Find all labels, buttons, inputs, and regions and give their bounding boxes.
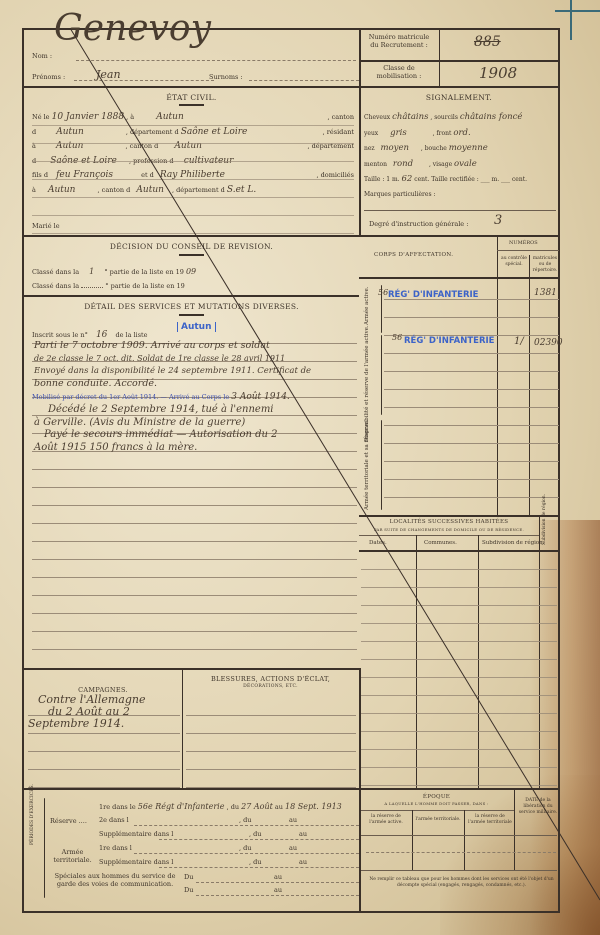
mobilise-line: Mobilisé par décret du 1er Août 1914. — …	[32, 392, 290, 402]
nom-label: Nom :	[32, 52, 52, 60]
prenoms-label: Prénoms :	[32, 73, 65, 81]
taille-value: 62	[402, 174, 413, 184]
marques-label: Marques particulières :	[364, 191, 436, 198]
territoriale-label: Armée territoriale.	[50, 848, 95, 864]
entry-2-num: 56	[392, 333, 402, 342]
service-line: de 2e classe le 7 oct. dit. Soldat de 1r…	[34, 353, 359, 366]
front-label: , front	[433, 130, 452, 137]
au-label: au	[299, 830, 307, 838]
pencil-mark	[570, 0, 572, 40]
campagne-line: Septembre 1914.	[28, 718, 180, 730]
group-territoriale: Armée territoriale et sa réserve.	[364, 420, 370, 510]
epoque-col3: la réserve de l'armée territoriale	[466, 814, 514, 826]
menton-label: menton	[364, 161, 387, 168]
terr-supp-label: Supplémentaire dans l	[99, 858, 173, 866]
classe-line2-suffix: ° partie de la liste en 19	[105, 282, 185, 290]
epoque-subtitle: A LAQUELLE L'HOMME DOIT PASSER, DANS :	[359, 801, 514, 806]
reserve-2-label: 2e dans l	[99, 816, 129, 824]
cheveux-label: Cheveux	[364, 114, 390, 121]
service-line: Décédé le 2 Septembre 1914, tué à l'enne…	[34, 404, 359, 417]
surnoms-label: Surnoms :	[209, 73, 243, 81]
bouche-label: , bouche	[421, 145, 447, 152]
terr-1-line: 1re dans l	[99, 844, 132, 852]
register-card: Genevoy Nom : Prénoms : Jean Surnoms : N…	[22, 28, 560, 913]
bouche-value: moyenne	[449, 143, 488, 153]
classe-line2-label: Classé dans la	[32, 282, 79, 290]
classe-line1-partie: 1	[89, 267, 94, 276]
epoque-col1: la réserve de l'armée active.	[362, 814, 410, 826]
reserve-2-line: 2e dans l	[99, 816, 129, 824]
du-label: , du	[239, 816, 251, 824]
reserve-1-du: , du	[227, 803, 239, 811]
front-value: ord.	[453, 128, 470, 138]
reserve-1-au: au	[275, 803, 283, 811]
sourcils-value: châtains foncé	[460, 112, 523, 122]
classe-line1-year: 09	[186, 267, 196, 276]
signalement-block: Cheveux châtains , sourcils châtains fon…	[364, 110, 556, 202]
degre-value: 3	[494, 213, 502, 228]
du-label: , du	[249, 830, 261, 838]
corps-header: CORPS D'AFFECTATION.	[374, 252, 453, 258]
signalement-title: SIGNALEMENT.	[359, 93, 559, 102]
classe-line2: Classé dans la ° partie de la liste en 1…	[32, 282, 185, 290]
au-label: au	[299, 858, 307, 866]
service-line: Payé le secours immédiat — Autorisation …	[34, 429, 359, 442]
numero-value: 885	[474, 34, 501, 50]
au-label: au	[274, 886, 282, 894]
reserve-1-label: 1re dans le	[99, 803, 136, 811]
classe-line1: Classé dans la 1 ° partie de la liste en…	[32, 267, 196, 276]
cheveux-value: châtains	[392, 112, 428, 122]
du-label: Du	[184, 886, 193, 894]
matricule-header: matricules ou de répertoire.	[531, 256, 559, 274]
mobilise-value: 3 Août 1914.	[231, 392, 290, 402]
services-title: DÉTAIL DES SERVICES ET MUTATIONS DIVERSE…	[24, 302, 359, 311]
speciales-label: Spéciales aux hommes du service de garde…	[50, 872, 180, 888]
au-label: au	[274, 873, 282, 881]
degre-label: Degré d'instruction générale :	[369, 220, 468, 228]
yeux-label: yeux	[364, 130, 378, 137]
au-label: au	[289, 844, 297, 852]
date-liberation-title: DATE de la libération du service militai…	[517, 798, 559, 816]
reserve-1-au-value: 18 Sept. 1913	[285, 802, 342, 811]
service-line: Parti le 7 octobre 1909. Arrivé au corps…	[34, 340, 359, 353]
reserve-supp-line: Supplémentaire dans l	[99, 830, 173, 838]
du-label: , du	[239, 844, 251, 852]
periodes-side-label: PÉRIODES D'EXERCICES.	[30, 784, 35, 845]
epoque-title: ÉPOQUE	[359, 794, 514, 800]
pencil-mark	[555, 10, 600, 12]
classe-label: Classe de mobilisation :	[364, 64, 434, 80]
mobilise-label: Mobilisé par décret du 1er Août 1914. — …	[32, 393, 229, 401]
controle-header: au contrôle spécial.	[500, 256, 528, 268]
entry-1-num: 56	[378, 288, 388, 297]
localites-subtitle: PAR SUITE DE CHANGEMENTS DE DOMICILE OU …	[359, 527, 539, 532]
reserve-supp-label: Supplémentaire dans l	[99, 830, 173, 838]
entry-2-stamp: RÉG' D'INFANTERIE	[404, 336, 494, 346]
classe-line1-label: Classé dans la	[32, 268, 79, 276]
taille-unit: cent. Taille rectifiée : ___ m. ___ cent…	[414, 176, 527, 183]
sourcils-label: , sourcils	[430, 114, 458, 121]
localites-side: Subdivision de région.	[542, 494, 547, 545]
epoque-note: Ne remplir ce tableau que pour les homme…	[369, 877, 554, 889]
du-label: , du	[249, 858, 261, 866]
campagnes-text: Contre l'Allemagne du 2 Août au 2 Septem…	[28, 694, 180, 730]
group-active: Armée active.	[364, 280, 370, 325]
visage-value: ovale	[454, 159, 477, 169]
entry-1-stamp: RÉG' D'INFANTERIE	[388, 290, 478, 300]
taille-label: Taille : 1 m.	[364, 176, 400, 183]
service-line: Août 1915 150 francs à la mère.	[34, 442, 359, 455]
services-text: Parti le 7 octobre 1909. Arrivé au corps…	[34, 340, 359, 390]
localites-title: LOCALITÉS SUCCESSIVES HABITÉES	[359, 519, 539, 525]
numero-label: Numéro matricule du Recrutement :	[364, 33, 434, 49]
au-label: au	[289, 816, 297, 824]
reserve-1-value: 56e Régt d'Infanterie	[138, 802, 225, 811]
terr-1-label: 1re dans l	[99, 844, 132, 852]
col-subdivision: Subdivision de région.	[482, 540, 544, 546]
marie-label: Marié le	[32, 222, 60, 230]
col-communes: Communes.	[424, 540, 457, 546]
service-line: bonne conduite. Accordé.	[34, 378, 359, 391]
etat-civil-title: ÉTAT CIVIL.	[24, 93, 359, 102]
numeros-header: NUMÉROS	[509, 240, 538, 246]
epoque-col2: l'armée territoriale.	[414, 817, 462, 823]
blessures-subtitle: DÉCORATIONS, ETC.	[182, 684, 359, 689]
terr-supp-line: Supplémentaire dans l	[99, 858, 173, 866]
menton-value: rond	[393, 159, 413, 169]
deces-text: Décédé le 2 Septembre 1914, tué à l'enne…	[34, 404, 359, 454]
entry-2-controle: 1/	[514, 336, 524, 347]
nez-label: nez	[364, 145, 375, 152]
entry-1-matricule: 1381	[534, 288, 557, 298]
visage-label: , visage	[429, 161, 452, 168]
yeux-value: gris	[390, 128, 407, 138]
entry-2-matricule: 02390	[534, 338, 563, 348]
classe-value: 1908	[479, 64, 517, 82]
blessures-title: BLESSURES, ACTIONS D'ÉCLAT,	[182, 675, 359, 683]
du-label: Du	[184, 873, 193, 881]
reserve-1-du-value: 27 Août	[241, 802, 273, 811]
service-line: à Gerville. (Avis du Ministre de la guer…	[34, 417, 359, 430]
nez-value: moyen	[381, 143, 409, 153]
nom-value: Genevoy	[54, 8, 211, 49]
reserve-label: Réserve ....	[50, 817, 87, 825]
classe-line1-suffix: ° partie de la liste en 19	[104, 268, 184, 276]
service-line: Envoyé dans la disponibilité le 24 septe…	[34, 365, 359, 378]
reserve-1-line: 1re dans le 56e Régt d'Infanterie , du 2…	[99, 802, 342, 811]
col-dates: Dates.	[369, 540, 387, 546]
decision-title: DÉCISION DU CONSEIL DE REVISION.	[24, 242, 359, 251]
